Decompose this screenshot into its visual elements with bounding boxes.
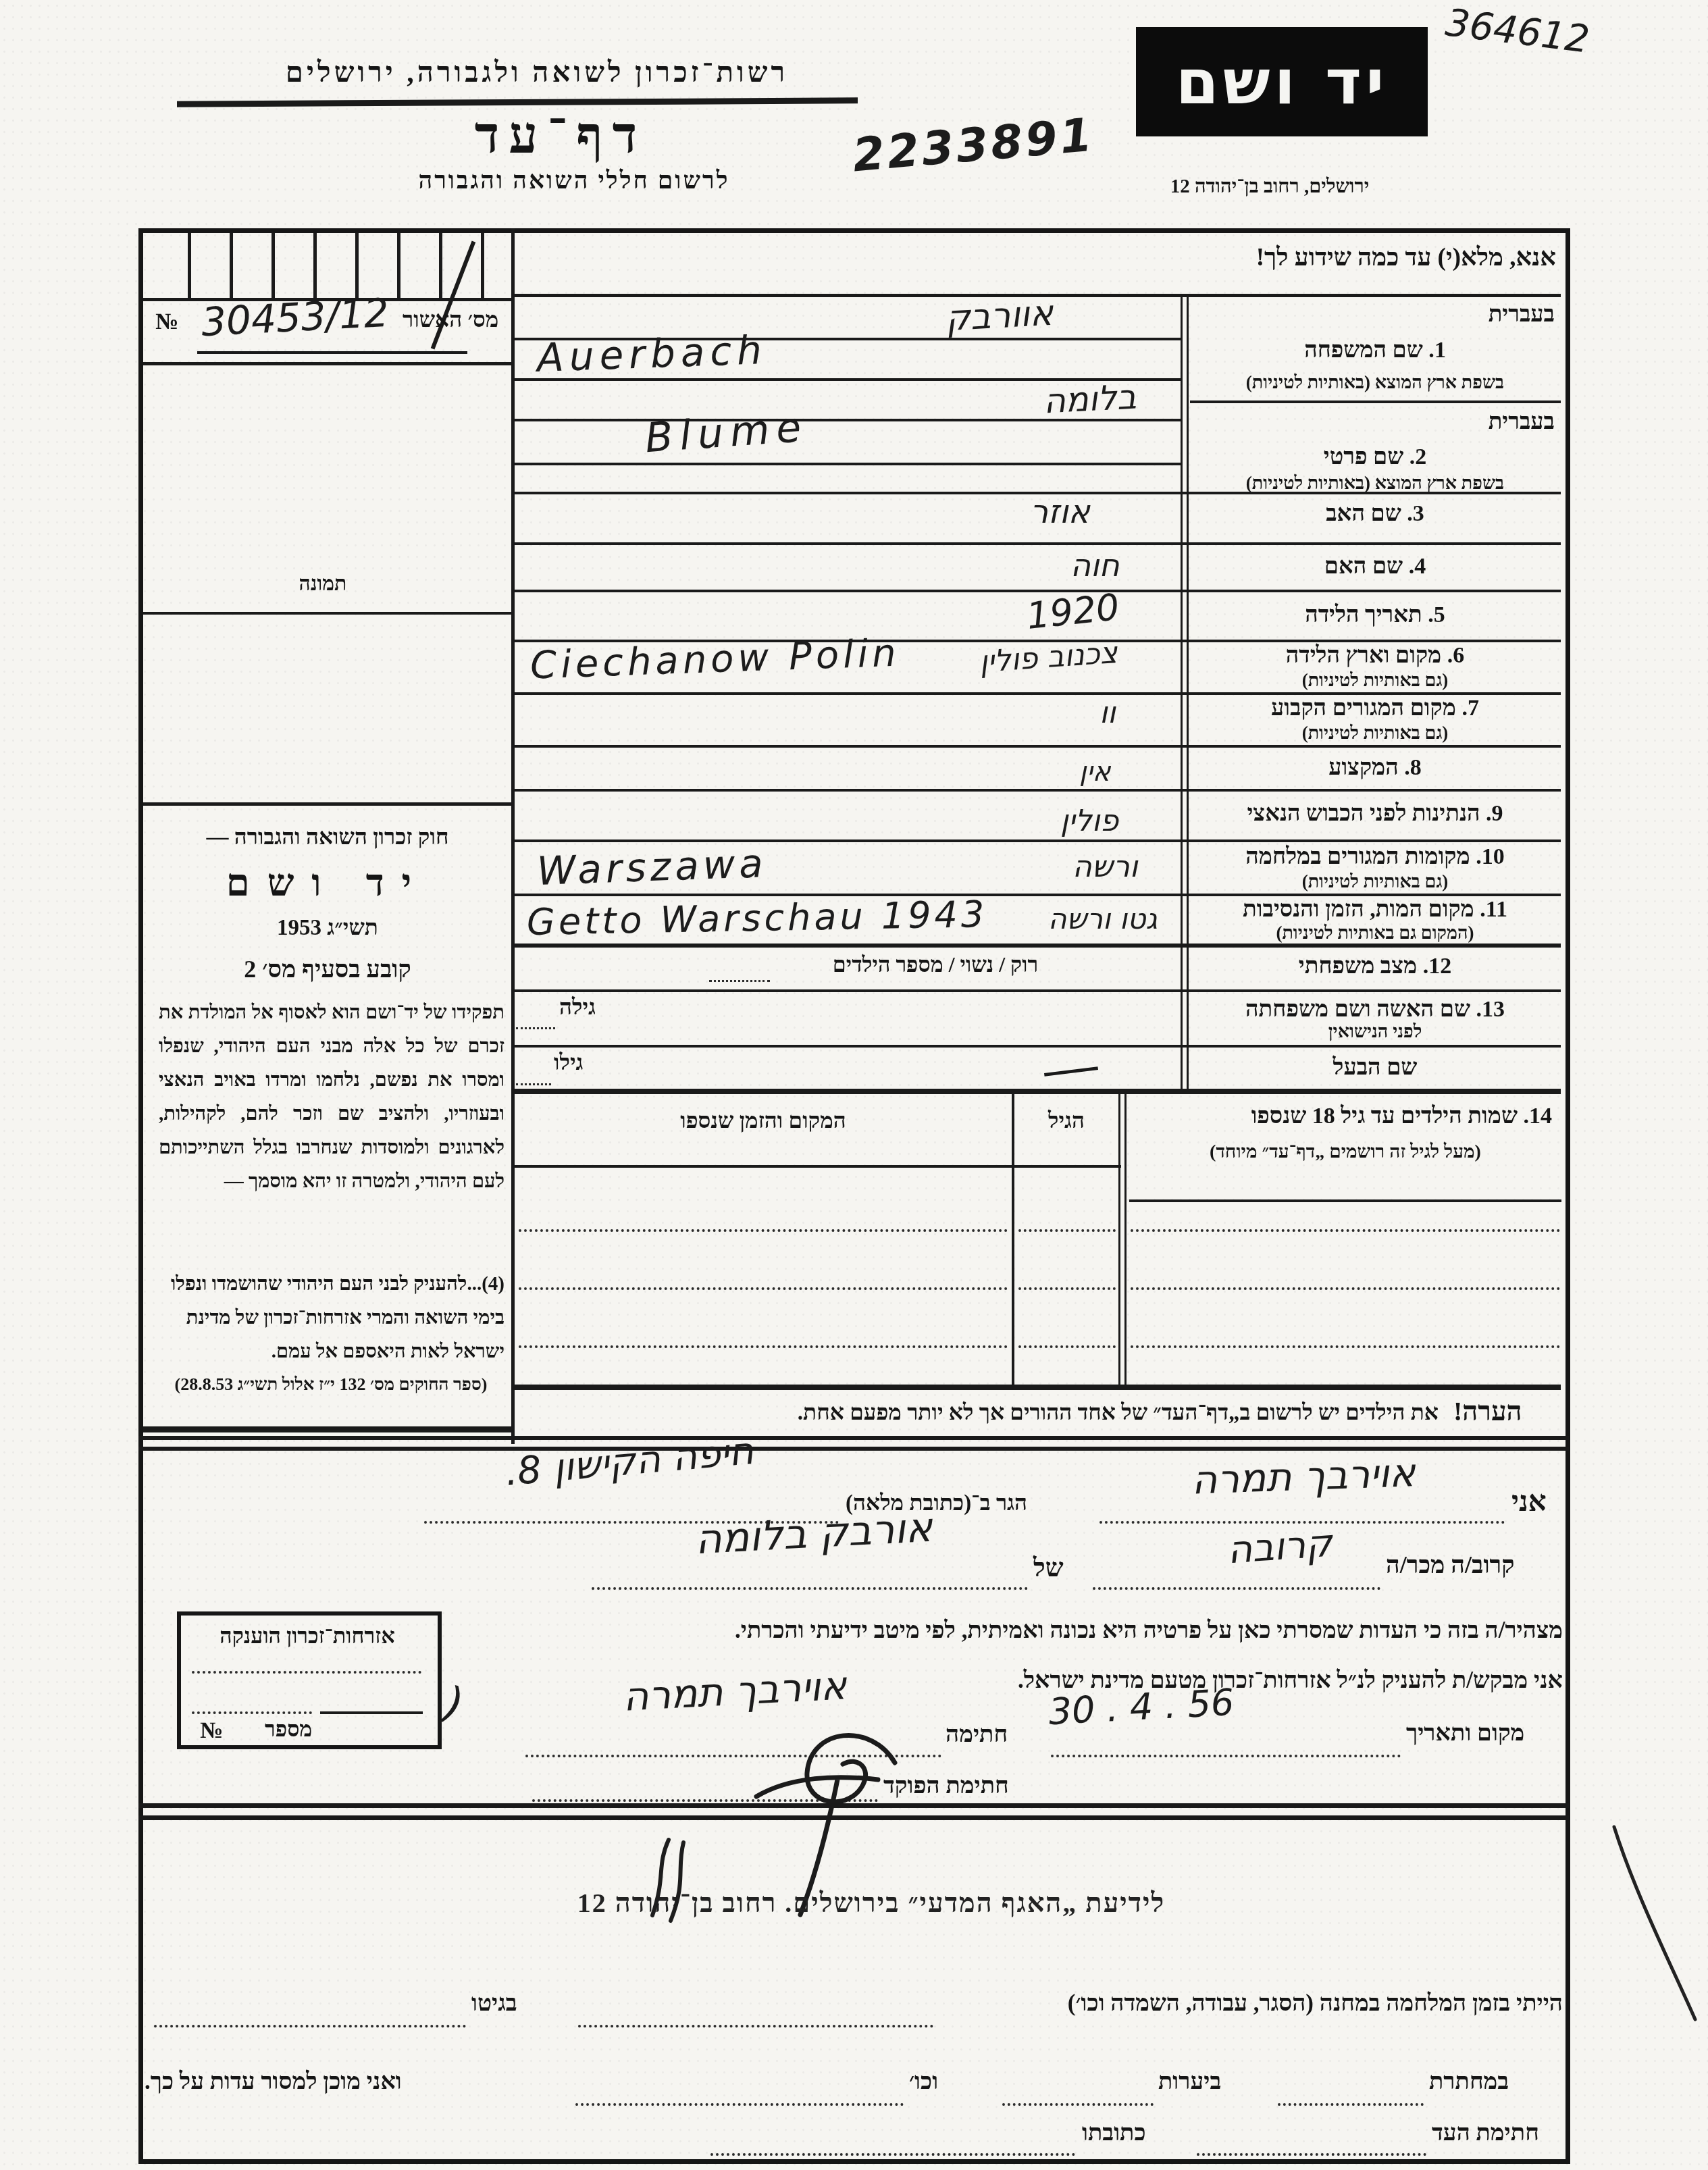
table-header-place: המקום והזמן שנספו	[534, 1109, 993, 1134]
underground-blank	[1278, 2103, 1424, 2106]
children-row-line	[519, 1287, 1008, 1290]
field-label-4-main: 4. שם האם	[1190, 554, 1560, 579]
row-rule	[513, 894, 1561, 896]
note-double-rule-b	[138, 1447, 1569, 1451]
table-header-age: הגיל	[1013, 1109, 1120, 1134]
comb-tick	[481, 233, 484, 299]
entry-war-residence-hebrew: ורשה	[1072, 850, 1138, 884]
form-subtitle: לרשום חללי השואה והגבורה	[361, 166, 787, 195]
entry-death-place-latin: Getto Warschau 1943	[527, 893, 988, 944]
field-label-1-main: 1. שם המשפחה	[1190, 338, 1560, 363]
law-bottom-rule	[143, 1426, 511, 1432]
field-label-14-main: 14. שמות הילדים עד גיל 18 שנספו	[1131, 1104, 1552, 1129]
approval-number-symbol: №	[155, 309, 178, 335]
declaration-statement: מצהיר/ה בזה כי העדות שמסרתי כאן על פרטיה…	[324, 1617, 1563, 1644]
table-divider-2a	[1118, 1093, 1120, 1386]
entry-mother-name: חוה	[1070, 547, 1120, 584]
witness-signature-blank	[1197, 2153, 1426, 2156]
comb-tick	[230, 233, 233, 299]
field-label-14-sub: (מעל לגיל זה רושמים „דף־עד״ מיוחד)	[1131, 1141, 1560, 1163]
field-label-13-main: 13. שם האשה ושם משפחתה	[1190, 997, 1560, 1023]
marital-status-dots	[709, 980, 770, 982]
etc-label: וכו׳	[909, 2068, 938, 2095]
relative-label: קרוב/ה מכר/ה	[1386, 1551, 1515, 1579]
field-label-8-main: 8. המקצוע	[1190, 755, 1560, 781]
field-label-11-sub: (המקום גם באותיות לטיניות)	[1190, 923, 1560, 944]
authority-line: רשות־זכרון לשואה ולגבורה, ירושלים	[216, 57, 858, 89]
marital-status-options: רוק / נשוי / מספר הילדים	[773, 952, 1097, 977]
comb-tick	[271, 233, 275, 299]
approval-bottom-rule	[143, 362, 511, 365]
field-label-1-sub: בשפת ארץ המוצא (באותיות לטיניות)	[1190, 372, 1560, 393]
of-label: של	[1033, 1553, 1064, 1583]
law-heading: חוק זכרון השואה והגבורה —	[152, 825, 503, 850]
label-col-rule-1	[1190, 401, 1561, 403]
forests-blank	[1002, 2103, 1154, 2106]
logo-address-line: ירושלים, רחוב בן־יהודה 12	[1104, 176, 1435, 198]
row-rule	[513, 989, 1561, 992]
citizenship-number-symbol: №	[200, 1718, 223, 1744]
his-age-label: גילו	[554, 1051, 583, 1076]
divider-left-column	[511, 228, 515, 1444]
witness-address-label: כתובתו	[1082, 2119, 1146, 2146]
field-label-11-main: 11. מקום המות, הזמן והנסיבות	[1190, 897, 1560, 923]
witness-signature-label: חתימת העד	[1432, 2119, 1539, 2146]
approval-number-label: מס׳ האשור	[403, 308, 498, 333]
signature-label: חתימה	[946, 1721, 1008, 1748]
row-rule	[513, 590, 1561, 592]
children-row-line	[1018, 1229, 1116, 1232]
entry-war-residence-latin: Warszawa	[536, 840, 768, 894]
relative-value-line	[1093, 1587, 1380, 1590]
entry-residence-ditto-mark: וו	[1099, 696, 1116, 730]
comb-tick	[188, 233, 191, 299]
table-divider-1	[1012, 1093, 1014, 1386]
stray-pen-stroke	[1607, 1824, 1702, 2026]
entry-father-name: אוזר	[1030, 493, 1090, 531]
table-bottom-rule	[513, 1385, 1561, 1390]
witness-address-blank	[710, 2153, 1075, 2156]
his-age-dots	[516, 1083, 551, 1085]
declaration-double-rule-b	[138, 1815, 1569, 1820]
field-label-1-top: בעברית	[1190, 302, 1555, 328]
law-top-rule	[143, 802, 511, 806]
children-row-line	[519, 1229, 1008, 1232]
children-row-line	[1018, 1345, 1116, 1348]
comb-tick	[439, 233, 442, 299]
place-date-label: מקום ותאריך	[1406, 1720, 1524, 1747]
note-double-rule-a	[138, 1436, 1569, 1440]
table-header-rule	[513, 1165, 1121, 1168]
law-name: יד ושם	[152, 862, 503, 905]
ghetto-blank	[154, 2025, 466, 2027]
row-rule	[513, 1045, 1561, 1048]
note-text: את הילדים יש לרשום ב„דף־העד״ של אחד ההור…	[257, 1401, 1439, 1426]
citizenship-box-line-1	[192, 1671, 421, 1674]
declaration-i-label: אני	[1511, 1486, 1547, 1518]
field-label-5-main: 5. תאריך הלידה	[1190, 602, 1560, 628]
authority-underline	[177, 97, 858, 107]
photo-bottom-rule	[143, 612, 511, 615]
field-label-10-main: 10. מקומות המגורים במלחמה	[1190, 844, 1560, 870]
corner-scan-number: 364612	[1443, 1, 1592, 62]
place-date-line	[1051, 1755, 1401, 1757]
form-title: דף־עד	[466, 107, 655, 165]
row-rule	[513, 542, 1561, 545]
field-label-2-top: בעברית	[1190, 409, 1555, 435]
field-label-10-sub: (גם באותיות לטיניות)	[1190, 871, 1560, 892]
underground-label: במחתרת	[1429, 2068, 1509, 2095]
citizenship-box-line-2	[192, 1711, 312, 1714]
declaration-double-rule-a	[138, 1803, 1569, 1808]
field-label-12-main: 12. מצב משפחתי	[1190, 954, 1560, 979]
field-label-husband: שם הבעל	[1190, 1055, 1560, 1081]
label-14-rule	[1129, 1199, 1561, 1202]
entry-surname-hebrew: אוורבק	[945, 293, 1054, 339]
field-label-2-main: 2. שם פרטי	[1190, 444, 1560, 470]
testify-label: ואני מוכן למסור עדות על כך.	[145, 2068, 402, 2095]
row-rule-thick	[513, 1089, 1561, 1094]
field-label-9-main: 9. הנתינות לפני הכבוש הנאצי	[1190, 801, 1560, 827]
entry-citizenship: פולין	[1060, 804, 1118, 838]
comb-tick	[397, 233, 400, 299]
children-row-line	[1131, 1229, 1560, 1232]
citizenship-box-line-3	[320, 1711, 423, 1714]
law-body: תפקידו של יד־ושם הוא לאסוף אל המולדת את …	[159, 996, 504, 1198]
her-age-label: גילה	[559, 996, 596, 1021]
children-row-line	[519, 1345, 1008, 1348]
table-divider-2b	[1124, 1093, 1127, 1386]
approval-underline	[197, 351, 467, 354]
please-fill-header: אנא, מלא(י) עד כמה שידוע לך!	[1186, 243, 1556, 272]
entry-death-place-hebrew: גטו ורשה	[1048, 902, 1158, 935]
comb-tick	[355, 233, 359, 299]
entry-firstname-hebrew: בלומה	[1043, 377, 1137, 421]
entry-surname-latin: Auerbach	[536, 327, 768, 381]
row-rule-thick	[513, 944, 1561, 948]
scanned-testimony-page: 364612 רשות־זכרון לשואה ולגבורה, ירושלים…	[0, 0, 1708, 2170]
law-year: תשי״ג 1953	[152, 916, 503, 941]
note-title: הערה!	[1453, 1395, 1522, 1427]
field-label-13-sub: לפני הנישואין	[1190, 1021, 1560, 1042]
yad-vashem-logo-text: יד ושם	[1176, 46, 1389, 118]
her-age-dots	[516, 1027, 555, 1029]
field-label-3-main: 3. שם האב	[1190, 501, 1560, 527]
law-source: (ספר החוקים מס׳ 132 י״ז אלול תשי״ג 28.8.…	[165, 1372, 496, 1397]
field-label-6-main: 6. מקום וארץ הלידה	[1190, 643, 1560, 669]
row-rule	[513, 839, 1561, 842]
children-row-line	[1131, 1345, 1560, 1348]
pen-scribble	[628, 1834, 709, 1926]
camp-line-label: הייתי בזמן המלחמה במחנה (הסגר, עבודה, הש…	[939, 1990, 1563, 2017]
children-row-line	[1131, 1287, 1560, 1290]
approval-number-value: 30453/12	[200, 290, 390, 345]
row-rule	[513, 692, 1561, 695]
scientific-branch-notice: לידיעת „האגף המדעי״ בירושלים. רחוב בן־יה…	[520, 1887, 1222, 1919]
of-value-line	[592, 1587, 1028, 1590]
entry-profession: אין	[1079, 756, 1111, 787]
law-clause: (4)...להעניק לבני העם היהודי שהושמדו ונפ…	[159, 1267, 504, 1368]
children-row-line	[1018, 1287, 1116, 1290]
ghetto-label: בגיטו	[471, 1990, 517, 2017]
field-label-7-sub: (גם באותיות לטיניות)	[1190, 723, 1560, 744]
yad-vashem-logo: יד ושם	[1136, 27, 1428, 136]
field-label-7-main: 7. מקום המגורים הקבוע	[1190, 696, 1560, 721]
camp-blank	[578, 2025, 933, 2027]
comb-tick	[313, 233, 317, 299]
mid-rule	[513, 463, 1181, 465]
field-label-6-sub: (גם באותיות לטיניות)	[1190, 670, 1560, 691]
law-section: קובע בסעיף מס׳ 2	[152, 955, 503, 983]
row-rule	[513, 789, 1561, 792]
etc-blank	[575, 2103, 904, 2106]
row-rule	[513, 745, 1561, 748]
forests-label: ביערות	[1158, 2068, 1221, 2095]
citizenship-number-label: מספר	[265, 1717, 312, 1742]
photo-placeholder-label: תמונה	[255, 573, 390, 596]
field-label-2-sub: בשפת ארץ המוצא (באותיות לטיניות)	[1190, 473, 1560, 494]
stamp-number: 2233891	[850, 108, 1097, 182]
